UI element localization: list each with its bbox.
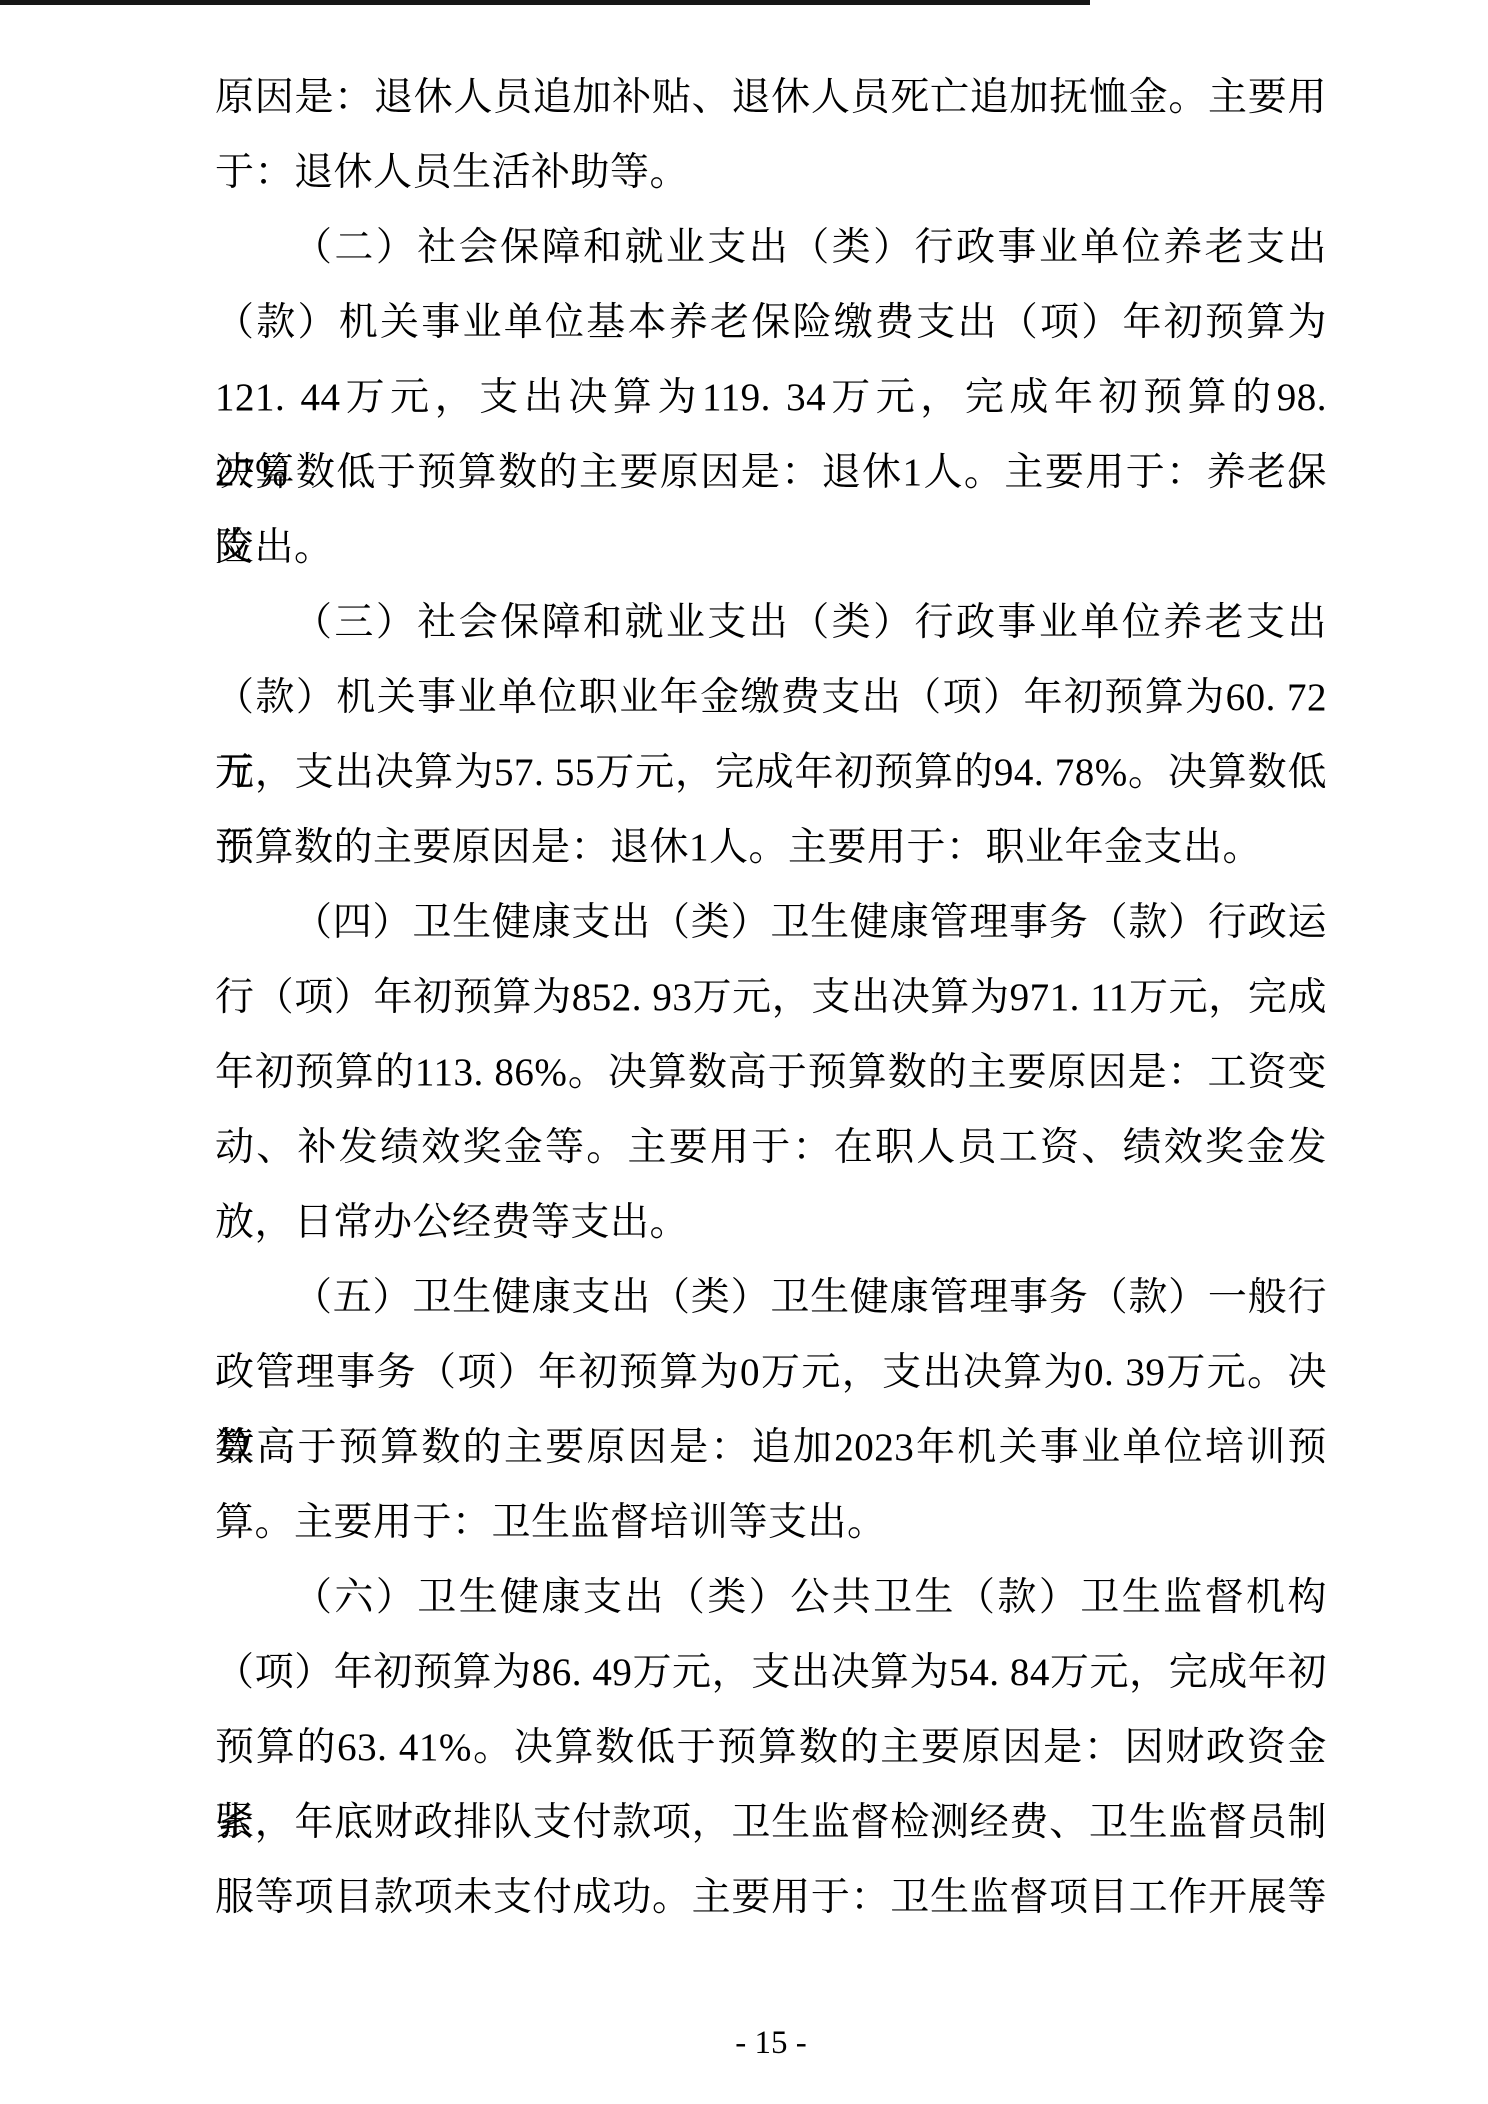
text-line: （项）年初预算为86. 49万元，支出决算为54. 84万元，完成年初 [215, 1635, 1327, 1710]
text-line: 政管理事务（项）年初预算为0万元，支出决算为0. 39万元。决算 [215, 1335, 1327, 1410]
paragraph: （二）社会保障和就业支出（类）行政事业单位养老支出（款）机关事业单位基本养老保险… [215, 210, 1327, 585]
text-line: 数高于预算数的主要原因是：追加2023年机关事业单位培训预 [215, 1410, 1327, 1485]
text-line: 预算的63. 41%。决算数低于预算数的主要原因是：因财政资金紧 [215, 1710, 1327, 1785]
text-line: 算。主要用于：卫生监督培训等支出。 [215, 1485, 1327, 1560]
paragraph: （三）社会保障和就业支出（类）行政事业单位养老支出（款）机关事业单位职业年金缴费… [215, 585, 1327, 885]
text-line: 121. 44万元，支出决算为119. 34万元，完成年初预算的98. 27%。 [215, 360, 1327, 435]
page-footer: - 15 - [215, 2018, 1327, 2068]
text-line: （款）机关事业单位职业年金缴费支出（项）年初预算为60. 72万 [215, 660, 1327, 735]
text-line: 元，支出决算为57. 55万元，完成年初预算的94. 78%。决算数低于 [215, 735, 1327, 810]
text-line: 放，日常办公经费等支出。 [215, 1185, 1327, 1260]
text-line: 张，年底财政排队支付款项，卫生监督检测经费、卫生监督员制 [215, 1785, 1327, 1860]
text-line: 年初预算的113. 86%。决算数高于预算数的主要原因是：工资变 [215, 1035, 1327, 1110]
text-line: 支出。 [215, 510, 1327, 585]
text-line: 原因是：退休人员追加补贴、退休人员死亡追加抚恤金。主要用 [215, 60, 1327, 135]
text-line: （五）卫生健康支出（类）卫生健康管理事务（款）一般行 [215, 1260, 1327, 1335]
text-line: 服等项目款项未支付成功。主要用于：卫生监督项目工作开展等 [215, 1860, 1327, 1935]
text-line: （款）机关事业单位基本养老保险缴费支出（项）年初预算为 [215, 285, 1327, 360]
text-line: 动、补发绩效奖金等。主要用于：在职人员工资、绩效奖金发 [215, 1110, 1327, 1185]
text-line: 预算数的主要原因是：退休1人。主要用于：职业年金支出。 [215, 810, 1327, 885]
text-line: 行（项）年初预算为852. 93万元，支出决算为971. 11万元，完成 [215, 960, 1327, 1035]
text-line: （四）卫生健康支出（类）卫生健康管理事务（款）行政运 [215, 885, 1327, 960]
text-line: 于：退休人员生活补助等。 [215, 135, 1327, 210]
document-body: 原因是：退休人员追加补贴、退休人员死亡追加抚恤金。主要用于：退休人员生活补助等。… [215, 60, 1327, 1935]
text-line: 决算数低于预算数的主要原因是：退休1人。主要用于：养老保险 [215, 435, 1327, 510]
scan-artifact-bar [0, 0, 1090, 5]
paragraph: （四）卫生健康支出（类）卫生健康管理事务（款）行政运行（项）年初预算为852. … [215, 885, 1327, 1260]
text-line: （六）卫生健康支出（类）公共卫生（款）卫生监督机构 [215, 1560, 1327, 1635]
paragraph: （六）卫生健康支出（类）公共卫生（款）卫生监督机构（项）年初预算为86. 49万… [215, 1560, 1327, 1935]
text-line: （三）社会保障和就业支出（类）行政事业单位养老支出 [215, 585, 1327, 660]
paragraph: 原因是：退休人员追加补贴、退休人员死亡追加抚恤金。主要用于：退休人员生活补助等。 [215, 60, 1327, 210]
paragraph: （五）卫生健康支出（类）卫生健康管理事务（款）一般行政管理事务（项）年初预算为0… [215, 1260, 1327, 1560]
text-line: （二）社会保障和就业支出（类）行政事业单位养老支出 [215, 210, 1327, 285]
page-number: - 15 - [735, 2025, 806, 2061]
